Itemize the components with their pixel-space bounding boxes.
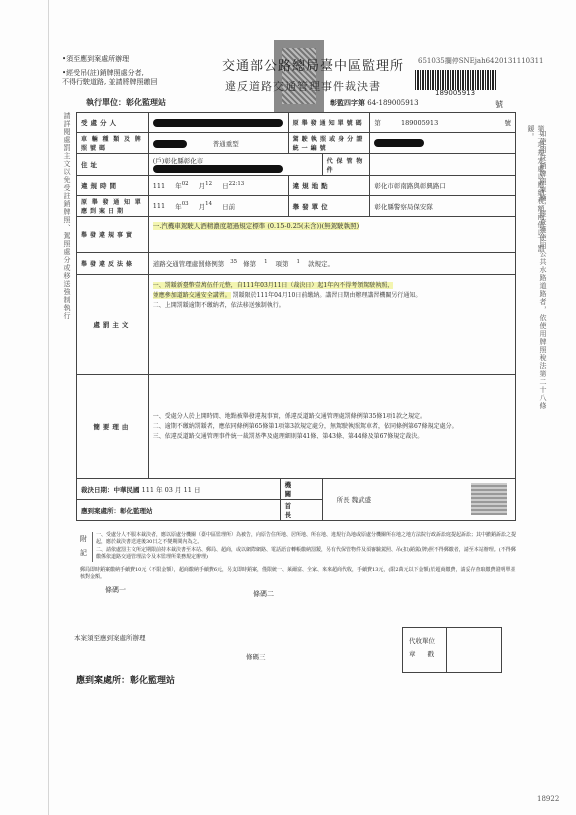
due-month: 03	[182, 201, 189, 207]
decision-date: 裁決日期：中華民國 111 年 03 月 11 日	[77, 479, 281, 500]
vehicle-type: 普通重型	[213, 140, 239, 148]
law-item-unit: 項第	[276, 260, 289, 268]
case-no-label: 彰監四字第	[330, 98, 365, 107]
address: (戶)彰化縣彰化市	[153, 157, 204, 165]
vehicle-label: 車輛種類及牌照號碼	[77, 133, 149, 154]
law-label: 舉發違反法條	[77, 253, 149, 275]
orig-notice-prefix: 第	[374, 119, 381, 127]
notes-divider	[92, 532, 93, 562]
right-side-note-2: 如使用註銷牌照車輛，經查獲使用公共水路道路者，依使用牌照稅法第二十八條	[538, 130, 548, 510]
barcode-3-label: 條碼三	[246, 652, 266, 661]
reason-text: 一、受處分人於上開時間、地點被舉發違規事實，係違反道路交通管理處罰條例第35條1…	[148, 375, 515, 479]
violated-law: 道路交通管理處罰條例第35條第1項第1款規定。	[148, 253, 515, 275]
decision-day-unit: 日	[194, 486, 201, 494]
notes-label: 附記	[80, 532, 92, 560]
time-label: 違規時間	[77, 176, 149, 196]
orig-notice-label: 原舉發通知單號碼	[288, 113, 370, 133]
penalty-line-1a: 一、罰鍰新臺幣壹萬伍仟元整，自111年03月11日（裁決日）起1年內不得考領駕駛…	[153, 282, 394, 289]
custody-value	[370, 154, 516, 176]
time-day: 12	[205, 181, 212, 187]
penalty-line-2: 二、上開罰鍰逾期不繳納者，依法移送強制執行。	[153, 302, 285, 309]
offender-label: 受處分人	[77, 113, 149, 133]
violation-fact: 一.汽機車駕駛人酒精濃度超過規定標準 (0.15-0.25(未含))(無駕駛執照…	[148, 217, 515, 253]
postal-fee-note: 郵局即時銷案繳納手續費10元（不限金額），超商繳納手續費6元，另支即時銷案，僅限…	[80, 567, 516, 581]
collector-stamp-box: 代收單位 章戳	[402, 627, 502, 673]
reason-2: 二、逾期不繳納罰鍰者，應依同條例第65條第1項第3款規定處分，無駕駛執照駕車者，…	[153, 422, 511, 432]
location: 彰化市彰南路與彰興路口	[370, 176, 516, 196]
reason-1: 一、受處分人於上開時間、地點被舉發違規事實，係違反道路交通管理處罰條例第35條1…	[153, 412, 511, 422]
address-cell: (戶)彰化縣彰化市	[148, 154, 322, 176]
director-seal	[471, 483, 507, 515]
law-prefix: 道路交通管理處罰條例第	[153, 260, 225, 268]
law-article: 35	[230, 259, 237, 265]
time-year: 111	[153, 182, 165, 190]
license-label: 駕駛執照或身分證統一編號	[288, 133, 370, 154]
time-month: 02	[182, 181, 189, 187]
report-office: 應到案處所：彰化監理站	[77, 500, 281, 521]
case-no: 64-189005913	[367, 99, 418, 107]
fact-label: 舉發違規事實	[77, 217, 149, 253]
violation-fact-text: 一.汽機車駕駛人酒精濃度超過規定標準 (0.15-0.25(未含))(無駕駛執照…	[153, 222, 360, 230]
reporting-unit-label: 舉發單位	[288, 196, 370, 217]
reason-3: 三、依違反道路交通管理事件統一裁罰基準及處理細則第41條、第43條、第44條及第…	[153, 432, 511, 442]
penalty-line-1c: 罰鍰限於111年04月10日前繳納。講習日期由辦理講習機關另行通知。	[233, 292, 422, 299]
case-no-suffix: 號	[495, 99, 503, 110]
reason-label: 簡要理由	[77, 375, 149, 479]
penalty-label: 處罰主文	[77, 275, 149, 375]
document-title: 違反道路交通管理事件裁決書	[225, 78, 381, 94]
due-day-unit: 日前	[222, 203, 235, 211]
offender-name-redacted	[148, 113, 288, 133]
page-number: 18922	[537, 795, 559, 803]
left-side-warning: 請詳閱處罰主文以免受註銷牌照、駕照處分或移送強制執行	[62, 112, 72, 332]
penalty-line-1b: 並應參加道路交通安全講習。	[153, 292, 231, 299]
document-code: 651035攔停SNEjah6420131110311	[418, 56, 544, 66]
license-redacted	[370, 133, 516, 154]
due-label: 原舉發通知單應到案日期	[77, 196, 149, 217]
due-day: 14	[205, 201, 212, 207]
law-article-unit: 條第	[243, 260, 256, 268]
barcode-2-label: 條碼二	[253, 589, 274, 599]
exec-unit: 執行單位：彰化監理站	[86, 97, 166, 108]
location-label: 違規地點	[288, 176, 370, 196]
collector-label-2: 章戳	[409, 648, 446, 661]
vehicle-cell: 普通重型	[148, 133, 288, 154]
reporting-unit: 彰化縣警察局保安隊	[370, 196, 516, 217]
barcode-1-label: 條碼一	[105, 585, 126, 595]
notice-2-line1: •經受吊(註)銷牌照處分者,	[62, 69, 144, 78]
decision-month-unit: 月	[175, 486, 182, 494]
barcode	[415, 70, 497, 90]
orig-notice-suffix: 號	[505, 118, 512, 127]
address-label: 住址	[77, 154, 149, 176]
note-1: 一、受處分人不服本裁決者，應以原處分機關（臺中區監理所）為被告，向原告住所地、居…	[96, 532, 516, 546]
decision-month: 03	[165, 486, 173, 494]
official-seal	[274, 40, 324, 112]
director-cell: 所長 魏武盛	[322, 479, 515, 521]
notice-2-line2: 不得行駛道路, 並請將牌照繳回	[62, 78, 157, 87]
law-clause-unit: 款規定。	[308, 260, 334, 268]
director-name: 所長 魏武盛	[337, 496, 372, 504]
notice-1: •須至應到案處所辦理	[62, 55, 129, 64]
fold-line	[48, 0, 49, 815]
orig-notice-no: 189005913	[401, 119, 438, 127]
due-year: 111	[153, 203, 165, 211]
penalty-text: 一、罰鍰新臺幣壹萬伍仟元整，自111年03月11日（裁決日）起1年內不得考領駕駛…	[148, 275, 515, 375]
decision-day: 11	[184, 486, 192, 494]
law-clause: 1	[297, 259, 300, 265]
authority-label-1: 機關	[280, 479, 322, 500]
orig-notice-cell: 第 189005913 號	[370, 113, 516, 133]
barcode-number: 189005913	[435, 89, 475, 97]
decision-date-label: 裁決日期：中華民國	[81, 486, 140, 494]
time-clock: 22:13	[229, 181, 245, 187]
custody-label: 代保管物件	[322, 154, 370, 176]
violation-time: 111 年02 月12 日22:13	[148, 176, 288, 196]
document-page: •須至應到案處所辦理 •經受吊(註)銷牌照處分者, 不得行駛道路, 並請將牌照繳…	[0, 0, 576, 815]
collector-label-1: 代收單位	[409, 635, 446, 648]
note-2: 二、請依處罰主文所定期限前持本裁決書至本站、郵局、超商，或以網際網路、電話語音轉…	[96, 547, 516, 561]
decision-year-unit: 年	[156, 486, 163, 494]
stub-report-office: 應到案處所：彰化監理站	[76, 673, 175, 686]
law-item: 1	[264, 259, 267, 265]
authority-label-2: 首長	[280, 500, 322, 521]
agency-name: 交通部公路總局臺中區監理所	[222, 55, 404, 74]
due-date: 111 年03 月14 日前	[148, 196, 288, 217]
stub-note: 本案須至應到案處所辦理	[74, 633, 146, 642]
decision-year: 111	[142, 486, 154, 494]
ruling-form-table: 受處分人 原舉發通知單號碼 第 189005913 號 車輛種類及牌照號碼 普通…	[76, 112, 516, 521]
